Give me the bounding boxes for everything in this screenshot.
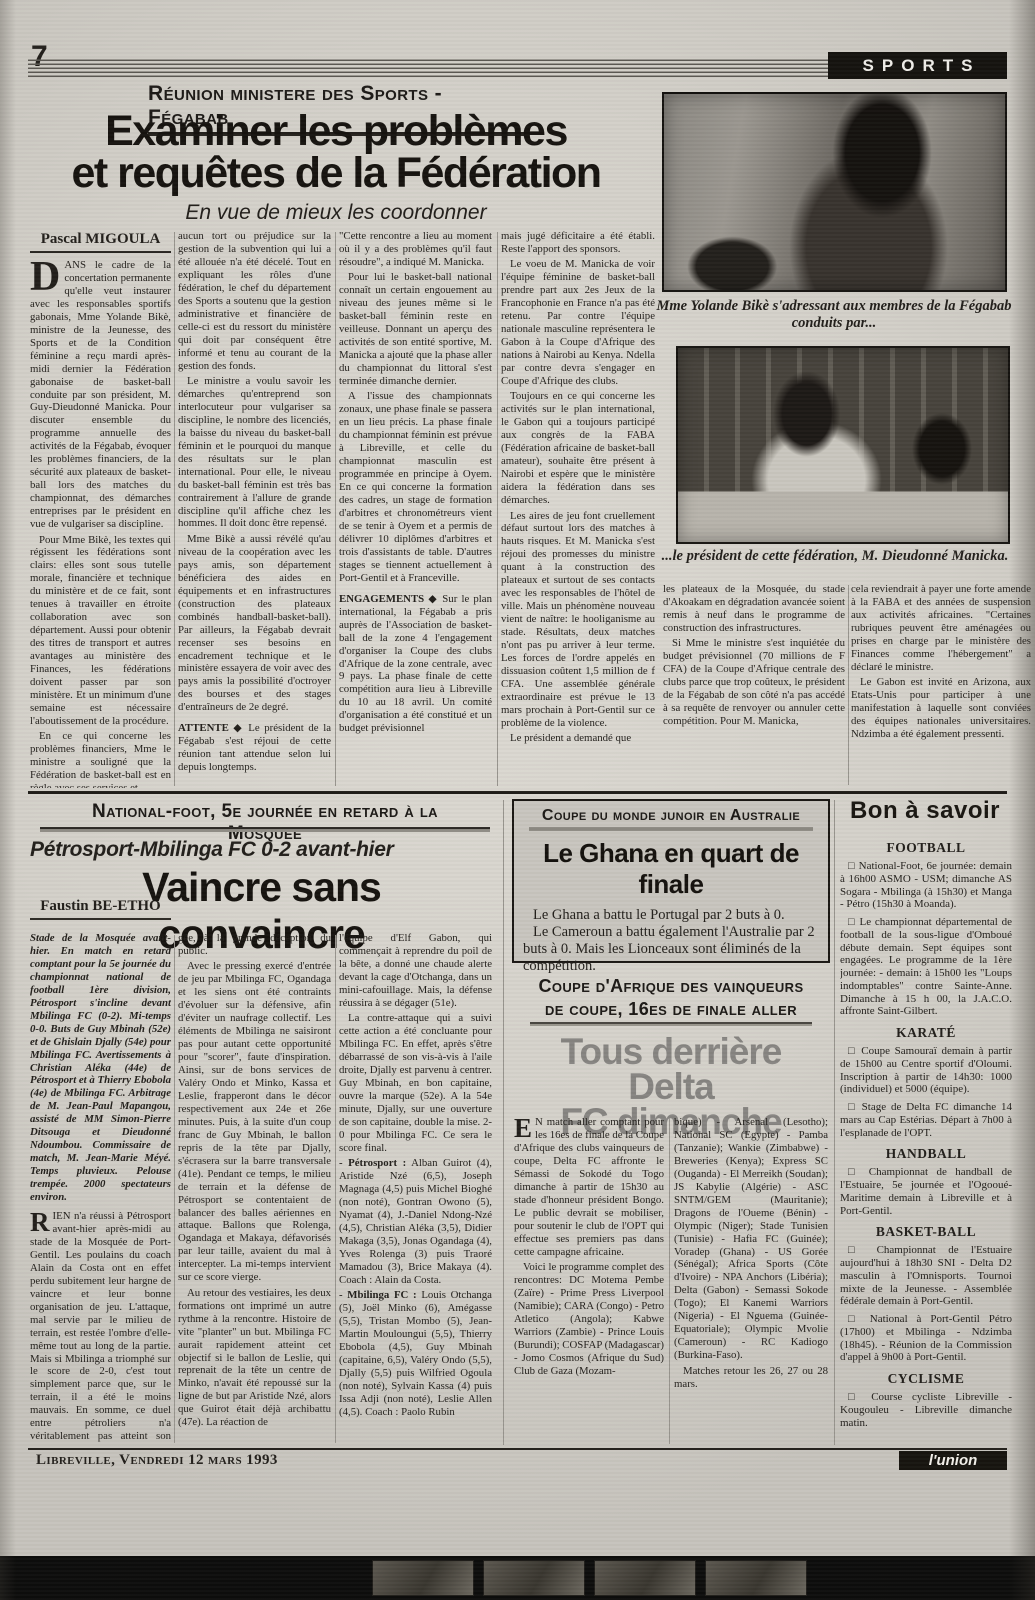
- lead-article-column-5: les plateaux de la Mosquée, du stade d'A…: [663, 583, 845, 788]
- football-byline: Faustin BE-ETHO: [30, 898, 171, 920]
- paragraph: Voici le programme complet des rencontre…: [514, 1261, 664, 1378]
- column-rule: [503, 800, 504, 1445]
- attente-label: ATTENTE ◆: [178, 722, 244, 734]
- paragraph: La contre-attaque qui a suivi cette acti…: [339, 1012, 492, 1154]
- paragraph: Si Mme le ministre s'est inquiétée du bu…: [663, 637, 845, 728]
- lead-article-column-3: "Cette rencontre a lieu au moment où il …: [339, 230, 492, 788]
- photo-caption-bottom: ...le président de cette fédération, M. …: [660, 548, 1010, 565]
- lead-article-headline: Examiner les problèmes et requêtes de la…: [40, 110, 632, 194]
- ghana-box: Coupe du monde junoir en Australie Le Gh…: [512, 799, 830, 963]
- sidebar-heading-karate: KARATÉ: [840, 1025, 1012, 1041]
- film-frame: [594, 1560, 696, 1596]
- paragraph: DANS le cadre de la concertation permane…: [30, 259, 171, 531]
- sidebar-heading-cyclisme: CYCLISME: [840, 1371, 1012, 1387]
- paragraph: Le président a demandé que: [501, 732, 655, 745]
- paragraph: Le ministre a voulu savoir les démarches…: [178, 375, 331, 530]
- paragraph: EN match aller comptant pour les 16es de…: [514, 1116, 664, 1258]
- paragraph: gée, à la grande déception du public.: [178, 932, 331, 958]
- column-text: "Cette rencontre a lieu au moment où il …: [339, 230, 492, 585]
- column-text: gée, à la grande déception du public.Ave…: [178, 932, 331, 1429]
- headline-line: Tous derrière Delta: [514, 1034, 828, 1104]
- attente-note: ATTENTE ◆ Le président de la Fégabab s'e…: [178, 722, 331, 774]
- sidebar-heading-basketball: BASKET-BALL: [840, 1224, 1012, 1240]
- paragraph: Mme Bikè a aussi révélé qu'au niveau de …: [178, 533, 331, 714]
- petrosport-text: Alban Guirot (4), Aristide Nzé (6,5), Jo…: [339, 1157, 492, 1286]
- column-text: aucun tort ou préjudice sur la gestion d…: [178, 230, 331, 714]
- paragraph: Matches retour les 26, 27 ou 28 mars.: [674, 1365, 828, 1391]
- column-text: les plateaux de la Mosquée, du stade d'A…: [663, 583, 845, 728]
- caf-kicker-underline: [530, 1022, 812, 1026]
- ghana-headline: Le Ghana en quart de finale: [523, 838, 819, 900]
- column-rule: [497, 232, 498, 786]
- mbilinga-lineup: - Mbilinga FC : Louis Otchanga (5), Joël…: [339, 1289, 492, 1419]
- sidebar-title: Bon à savoir: [840, 797, 1010, 825]
- newspaper-page: 7 SPORTS Réunion ministere des Sports - …: [0, 0, 1035, 1600]
- sidebar-item: □ National à Port-Gentil Pétro (17h00) e…: [840, 1313, 1012, 1364]
- lead-article-column-2: aucun tort ou préjudice sur la gestion d…: [178, 230, 331, 788]
- column-rule: [669, 1118, 670, 1444]
- photo-caption-top: Mme Yolande Bikè s'adressant aux membres…: [655, 298, 1013, 331]
- paragraph: A l'issue des championnats zonaux, une p…: [339, 390, 492, 584]
- sidebar-items: □ National-Foot, 6e journée: demain à 16…: [840, 860, 1012, 1018]
- sidebar-heading-football: FOOTBALL: [840, 840, 1012, 856]
- lead-article-column-6: cela reviendrait à payer une forte amend…: [851, 583, 1031, 788]
- column-text: EN match aller comptant pour les 16es de…: [514, 1116, 664, 1378]
- column-text: cela reviendrait à payer une forte amend…: [851, 583, 1031, 741]
- lead-article-column-1: Pascal MIGOULA DANS le cadre de la conce…: [30, 230, 171, 788]
- column-rule: [834, 800, 835, 1445]
- paragraph: mais jugé déficitaire a été établi. Rest…: [501, 230, 655, 256]
- paragraph: Le voeu de M. Manicka de voir l'équipe f…: [501, 258, 655, 388]
- paragraph: Pour Mme Bikè, les textes qui régissent …: [30, 534, 171, 728]
- column-rule: [174, 935, 175, 1443]
- paragraph: cela reviendrait à payer une forte amend…: [851, 583, 1031, 674]
- sidebar-item: □ Course cycliste Libreville - Kougouleu…: [840, 1391, 1012, 1429]
- sidebar-item: □ Stage de Delta FC dimanche 14 mars au …: [840, 1101, 1012, 1139]
- sidebar-item: □ Coupe Samouraï demain à partir de 15h0…: [840, 1045, 1012, 1096]
- photo-minister-bike: [662, 92, 1007, 292]
- sidebar-item: □ Championnat de l'Estuaire aujourd'hui …: [840, 1244, 1012, 1308]
- column-text: bique) - Arsenal (Lesotho); National SC …: [674, 1116, 828, 1391]
- film-frame: [372, 1560, 474, 1596]
- ghana-kicker-underline: [529, 827, 813, 831]
- caf-kicker: Coupe d'Afrique des vainqueurs de coupe,…: [514, 975, 828, 1020]
- engagements-text: Sur le plan international, la Fégabab a …: [339, 593, 492, 735]
- sidebar-items: □ Coupe Samouraï demain à partir de 15h0…: [840, 1045, 1012, 1139]
- photo-president-manicka: [676, 346, 1010, 544]
- film-frame: [483, 1560, 585, 1596]
- football-column-3: l'équipe d'Elf Gabon, qui commençait à r…: [339, 932, 492, 1445]
- film-strip-decoration: [0, 1556, 1035, 1600]
- section-banner-label: SPORTS: [863, 56, 981, 76]
- headline-line: Examiner les problèmes: [40, 110, 632, 152]
- column-rule: [335, 232, 336, 786]
- sidebar-items: □ Championnat de handball de l'Estuaire,…: [840, 1166, 1012, 1217]
- paragraph: RIEN n'a réussi à Pétrosport avant-hier …: [30, 1210, 171, 1445]
- mbilinga-label: - Mbilinga FC :: [339, 1289, 417, 1301]
- sidebar-item: □ National-Foot, 6e journée: demain à 16…: [840, 860, 1012, 911]
- section-divider: [28, 791, 1007, 794]
- sidebar-items: □ Course cycliste Libreville - Kougouleu…: [840, 1391, 1012, 1429]
- football-column-1: Stade de la Mosquée avant-hier. En match…: [30, 932, 171, 1445]
- paragraph: Le Cameroun a battu également l'Australi…: [523, 924, 819, 975]
- lead-article-column-4: mais jugé déficitaire a été établi. Rest…: [501, 230, 655, 788]
- paragraph: Pour lui le basket-ball national connaît…: [339, 271, 492, 388]
- engagements-note: ENGAGEMENTS ◆ Sur le plan international,…: [339, 593, 492, 735]
- paragraph: bique) - Arsenal (Lesotho); National SC …: [674, 1116, 828, 1362]
- paragraph: Au retour des vestiaires, les deux forma…: [178, 1287, 331, 1429]
- paragraph: Toujours en ce qui concerne les activité…: [501, 390, 655, 507]
- engagements-label: ENGAGEMENTS ◆: [339, 593, 438, 605]
- ghana-kicker: Coupe du monde junoir en Australie: [523, 807, 819, 825]
- paragraph: En ce qui concerne les problèmes financi…: [30, 730, 171, 788]
- column-text: DANS le cadre de la concertation permane…: [30, 259, 171, 788]
- paragraph: Le Gabon est invité en Arizona, aux Etat…: [851, 676, 1031, 741]
- column-rule: [174, 232, 175, 786]
- petrosport-lineup: - Pétrosport : Alban Guirot (4), Aristid…: [339, 1157, 492, 1287]
- column-text: l'équipe d'Elf Gabon, qui commençait à r…: [339, 932, 492, 1155]
- paragraph: l'équipe d'Elf Gabon, qui commençait à r…: [339, 932, 492, 1010]
- column-rule: [848, 585, 849, 785]
- caf-kicker-line: Coupe d'Afrique des vainqueurs: [514, 975, 828, 998]
- lead-article-subhead: En vue de mieux les coordonner: [40, 201, 632, 225]
- footer-date: Libreville, Vendredi 12 mars 1993: [36, 1452, 278, 1469]
- headline-line: et requêtes de la Fédération: [40, 152, 632, 194]
- paragraph: les plateaux de la Mosquée, du stade d'A…: [663, 583, 845, 635]
- lead-article-byline: Pascal MIGOULA: [30, 230, 171, 253]
- sidebar-bon-a-savoir: FOOTBALL □ National-Foot, 6e journée: de…: [840, 833, 1012, 1445]
- column-rule: [335, 935, 336, 1443]
- paragraph: Avec le pressing exercé d'entrée de jeu …: [178, 960, 331, 1284]
- football-column-2: gée, à la grande déception du public.Ave…: [178, 932, 331, 1445]
- column-text: RIEN n'a réussi à Pétrosport avant-hier …: [30, 1210, 171, 1445]
- ghana-body: Le Ghana a battu le Portugal par 2 buts …: [523, 907, 819, 975]
- paragraph: Les aires de jeu font cruellement défaut…: [501, 510, 655, 730]
- caf-kicker-line: de coupe, 16es de finale aller: [514, 998, 828, 1021]
- mbilinga-text: Louis Otchanga (5), Joël Minko (6), Amég…: [339, 1289, 492, 1418]
- section-banner: SPORTS: [828, 52, 1007, 79]
- football-overline: Pétrosport-Mbilinga FC 0-2 avant-hier: [30, 838, 500, 862]
- match-summary: Stade de la Mosquée avant-hier. En match…: [30, 932, 171, 1204]
- sidebar-item: □ Championnat de handball de l'Estuaire,…: [840, 1166, 1012, 1217]
- column-text: mais jugé déficitaire a été établi. Rest…: [501, 230, 655, 745]
- footer-rule: [28, 1448, 1007, 1450]
- football-kicker-underline: [40, 827, 490, 832]
- sidebar-heading-handball: HANDBALL: [840, 1146, 1012, 1162]
- paragraph: Le Ghana a battu le Portugal par 2 buts …: [523, 907, 819, 924]
- petrosport-label: - Pétrosport :: [339, 1157, 406, 1169]
- paragraph: "Cette rencontre a lieu au moment où il …: [339, 230, 492, 269]
- caf-column-1: EN match aller comptant pour les 16es de…: [514, 1116, 664, 1446]
- masthead-label: l'union: [929, 1452, 978, 1469]
- caf-column-2: bique) - Arsenal (Lesotho); National SC …: [674, 1116, 828, 1446]
- masthead-box: l'union: [899, 1451, 1007, 1470]
- film-frame: [705, 1560, 807, 1596]
- sidebar-items: □ Championnat de l'Estuaire aujourd'hui …: [840, 1244, 1012, 1364]
- sidebar-item: □ Le championnat départemental de footba…: [840, 916, 1012, 1018]
- paragraph: aucun tort ou préjudice sur la gestion d…: [178, 230, 331, 372]
- paragraph: Stade de la Mosquée avant-hier. En match…: [30, 932, 171, 1204]
